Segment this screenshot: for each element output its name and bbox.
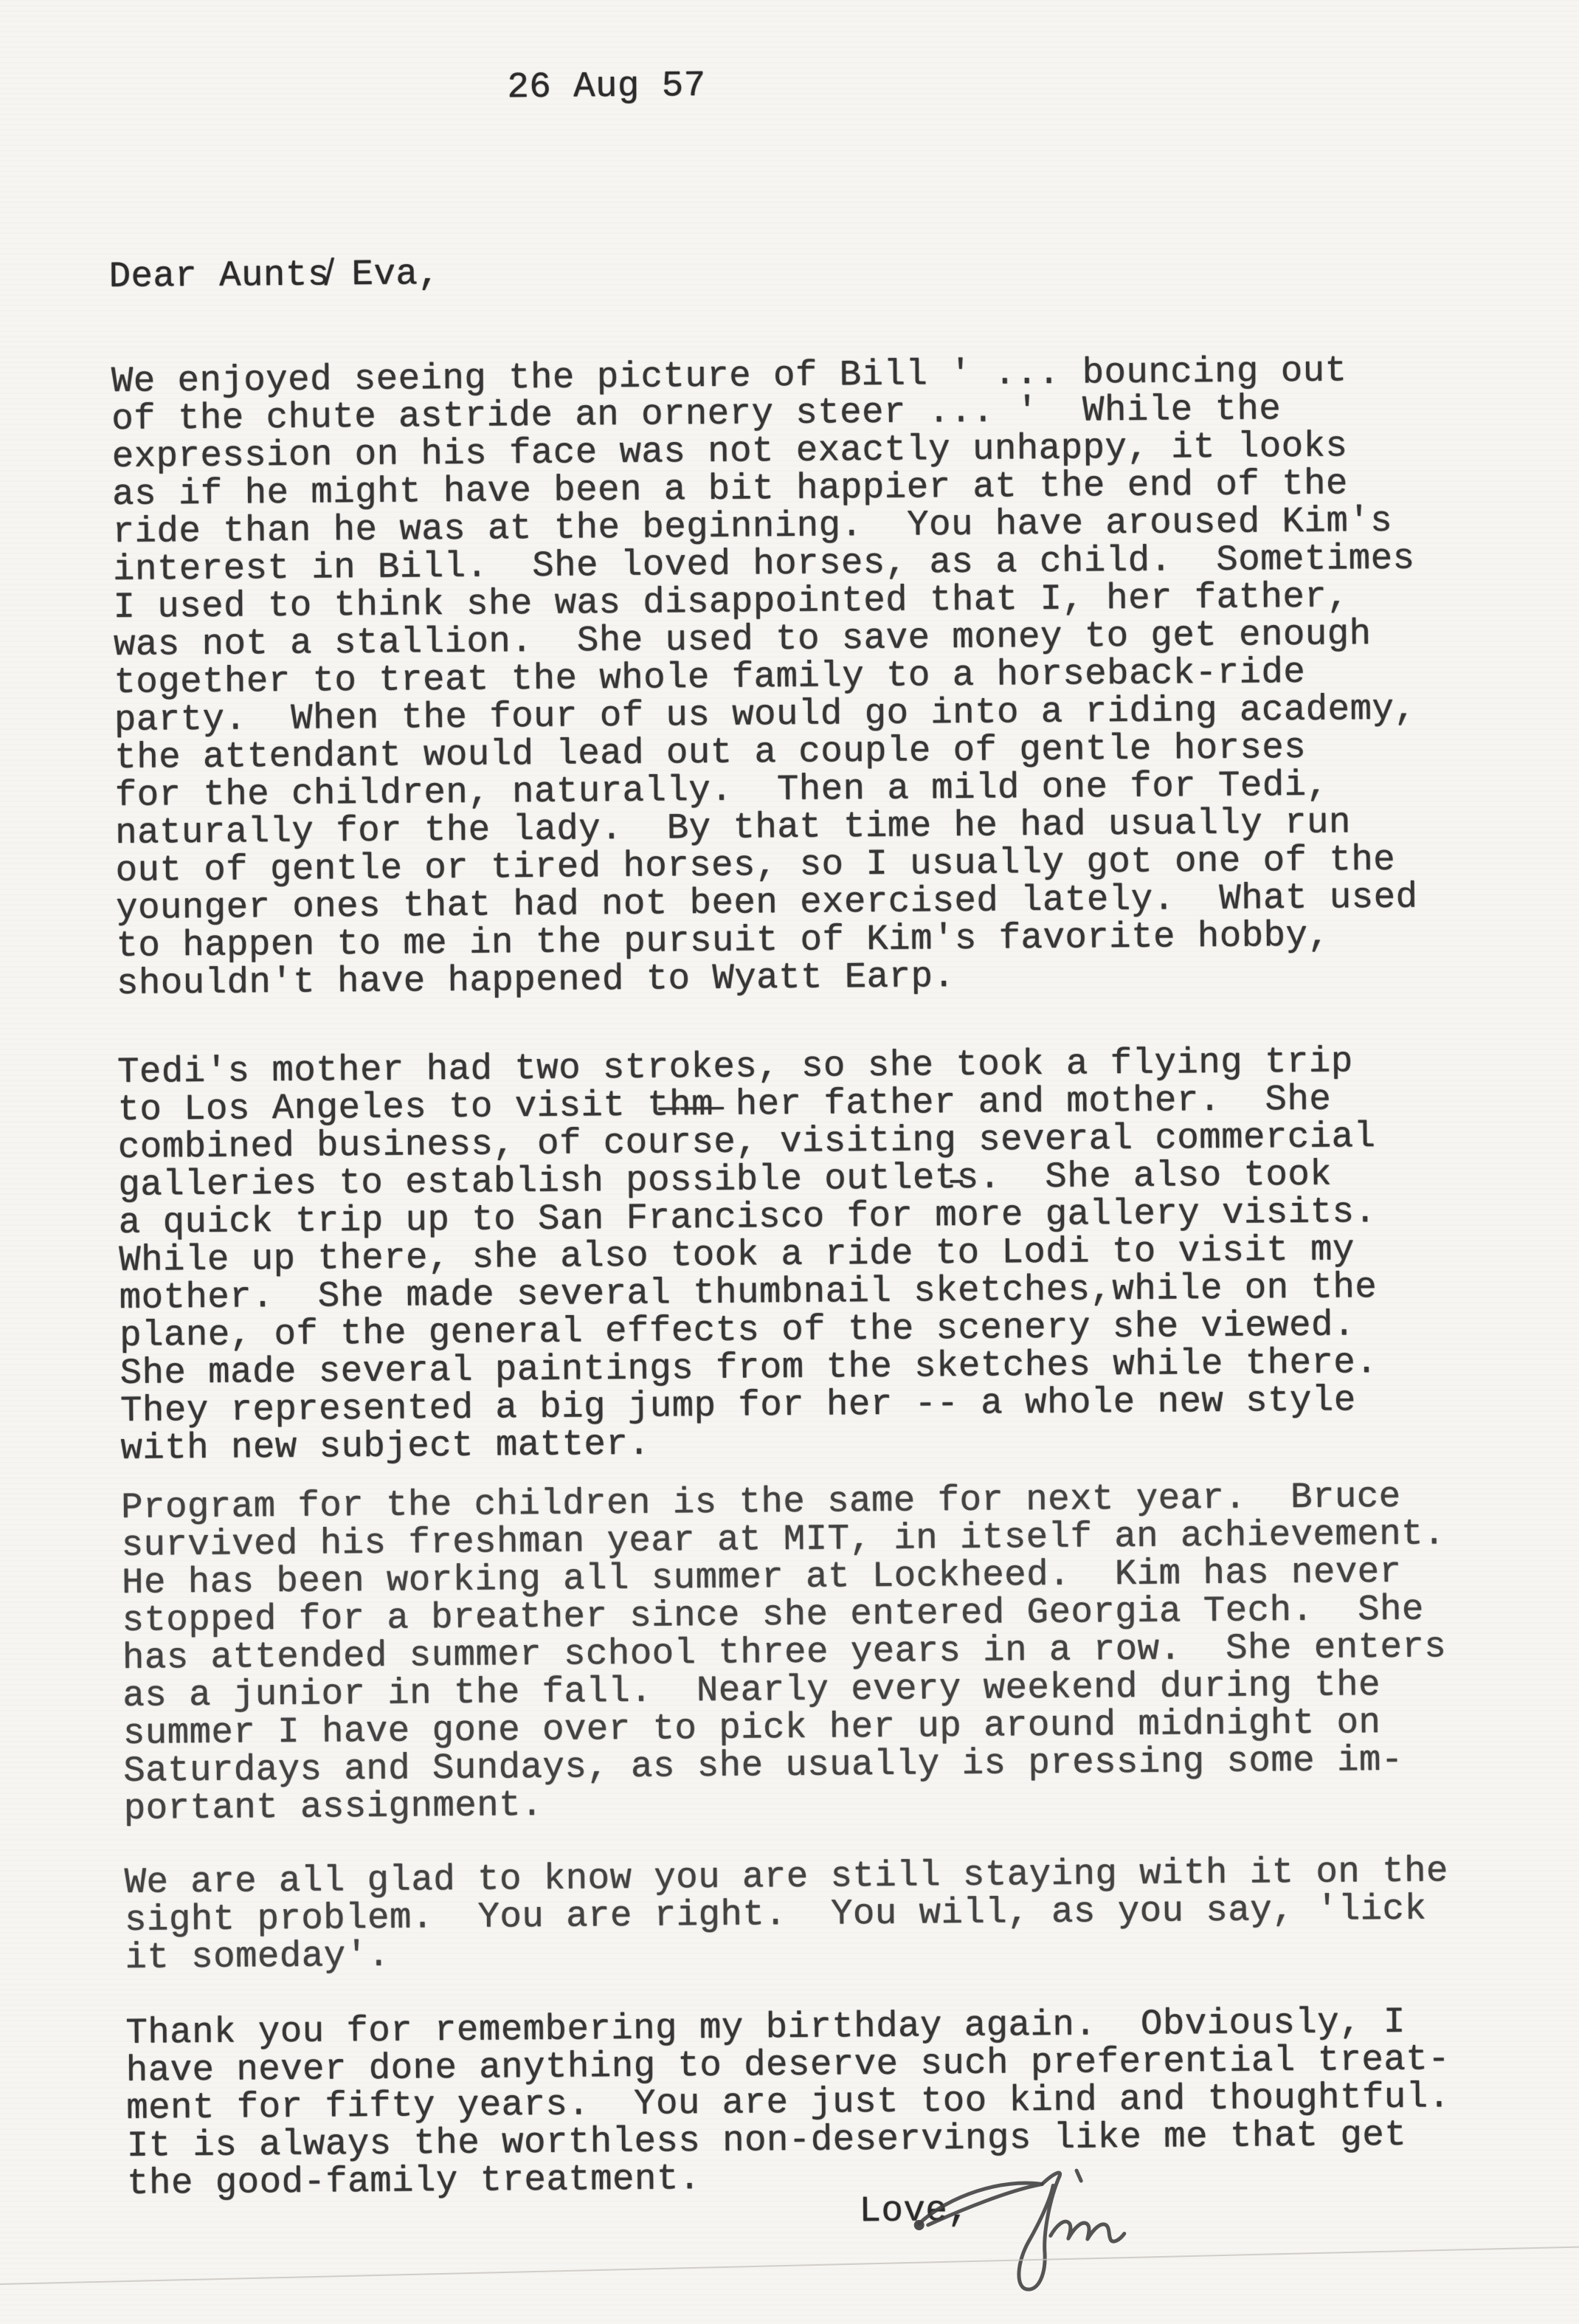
letter-content: 26 Aug 57 Dear Aunts̸ Eva, We enjoyed se… bbox=[0, 0, 1579, 2324]
salutation: Dear Aunts̸ Eva, bbox=[108, 255, 440, 296]
paragraph-tedi-trip: Tedi's mother had two strokes, so she to… bbox=[117, 1043, 1378, 1468]
paragraph-birthday-thanks: Thank you for remembering my birthday ag… bbox=[125, 2003, 1451, 2203]
paragraph-rodeo-horses: We enjoyed seeing the picture of Bill ' … bbox=[111, 352, 1419, 1003]
signature-swash-stroke bbox=[919, 2183, 1042, 2225]
letter-date: 26 Aug 57 bbox=[507, 67, 706, 106]
paragraph-children-program: Program for the children is the same for… bbox=[121, 1478, 1448, 1828]
signature-im-stroke bbox=[1051, 2221, 1124, 2241]
paragraph-sight-problem: We are all glad to know you are still st… bbox=[124, 1852, 1449, 1977]
letter-page: 26 Aug 57 Dear Aunts̸ Eva, We enjoyed se… bbox=[0, 0, 1579, 2324]
signature-i-dot-tick bbox=[1077, 2170, 1081, 2181]
signature-jim-handwritten bbox=[905, 2162, 1172, 2308]
